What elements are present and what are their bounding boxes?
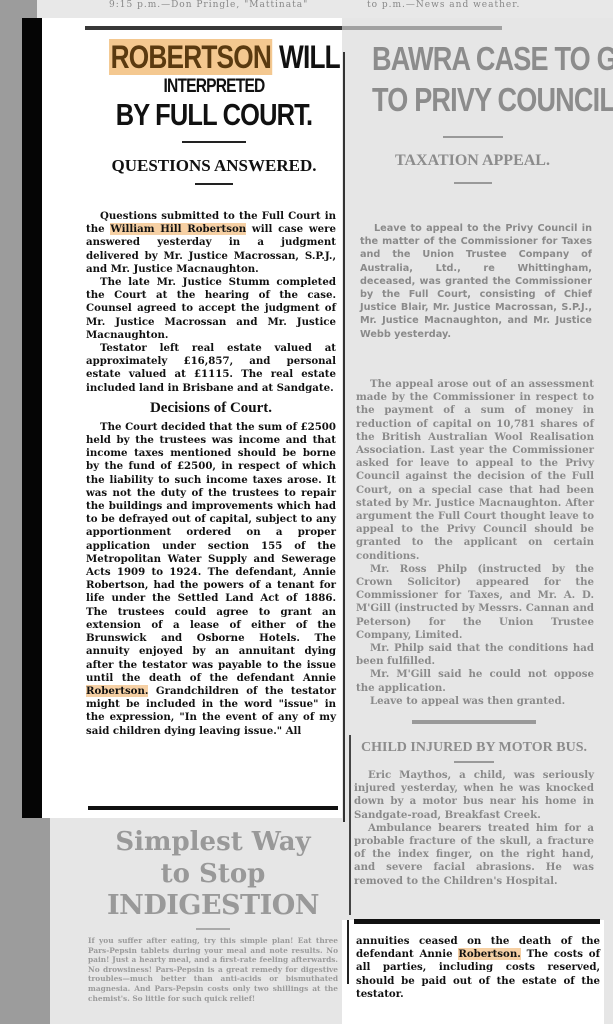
- headline-line2: INTERPRETED: [109, 76, 319, 98]
- radio-listing-left: 9:15 p.m.—Don Pringle, "Mattinata": [109, 0, 308, 10]
- advert-line1: Simplest Way: [88, 826, 338, 858]
- name-highlight: Robertson.: [86, 685, 148, 697]
- paragraph: Leave to appeal was then granted.: [356, 695, 594, 708]
- bus-body: Eric Maythos, a child, was seriously inj…: [354, 769, 594, 888]
- advert-line3: INDIGESTION: [88, 890, 338, 922]
- bawra-article: BAWRA CASE TO GO TO PRIVY COUNCIL. TAXAT…: [350, 38, 595, 184]
- radio-listing-right: to p.m.—News and weather.: [367, 0, 520, 10]
- separator-dash: [196, 928, 230, 930]
- next-column-sliver: [603, 0, 613, 1024]
- paragraph: Leave to appeal to the Privy Council in …: [360, 222, 592, 341]
- bawra-headline-line2: TO PRIVY COUNCIL.: [372, 80, 573, 120]
- article-end-rule: [88, 806, 338, 810]
- paragraph: Mr. M'Gill said he could not oppose the …: [356, 668, 594, 694]
- separator-dash: [454, 761, 494, 763]
- name-highlight: William Hill Robertson: [110, 223, 246, 235]
- paragraph: Mr. Philp said that the conditions had b…: [356, 642, 594, 668]
- indigestion-advert: Simplest Way to Stop INDIGESTION If you …: [88, 826, 338, 1003]
- advert-line2: to Stop: [88, 858, 338, 890]
- robertson-body: Questions submitted to the Full Court in…: [86, 210, 336, 738]
- separator-dash: [454, 182, 492, 184]
- headline-line3: BY FULL COURT.: [109, 98, 319, 132]
- separator-dash: [443, 136, 503, 138]
- top-column-rule: [85, 26, 342, 30]
- advert-body: If you suffer after eating, try this sim…: [88, 936, 338, 1003]
- headline-line1: ROBERTSON WILL: [109, 38, 319, 76]
- bus-headline: CHILD INJURED BY MOTOR BUS.: [354, 738, 594, 758]
- separator-dash: [195, 183, 233, 185]
- bawra-lead: Leave to appeal to the Privy Council in …: [360, 222, 592, 341]
- paragraph: The late Mr. Justice Stumm completed the…: [86, 276, 336, 342]
- previous-column-strip: 9:15 p.m.—Don Pringle, "Mattinata" to p.…: [37, 0, 613, 18]
- column-divider: [347, 920, 349, 984]
- subhead: QUESTIONS ANSWERED.: [86, 155, 342, 177]
- paragraph: The Court decided that the sum of £2500 …: [86, 421, 336, 738]
- column-divider: [349, 735, 351, 915]
- article-end-rule: [412, 720, 536, 724]
- headline-will: WILL: [279, 39, 340, 75]
- paragraph: Questions submitted to the Full Court in…: [86, 210, 336, 276]
- column-divider: [343, 52, 345, 822]
- section-head: Decisions of Court.: [86, 397, 336, 419]
- robertson-article: ROBERTSON WILL INTERPRETED BY FULL COURT…: [86, 38, 342, 185]
- headline-highlight: ROBERTSON: [109, 39, 273, 75]
- scan-margin-edge: [22, 18, 42, 818]
- paragraph: Eric Maythos, a child, was seriously inj…: [354, 769, 594, 822]
- bawra-subhead: TAXATION APPEAL.: [350, 150, 595, 172]
- top-column-rule-grey: [342, 26, 502, 30]
- name-highlight: Robertson.: [458, 948, 520, 960]
- bawra-headline-line1: BAWRA CASE TO GO: [372, 38, 573, 80]
- bus-article: CHILD INJURED BY MOTOR BUS. Eric Maythos…: [354, 738, 594, 888]
- continuation-rule: [354, 919, 600, 924]
- paragraph: Mr. Ross Philp (instructed by the Crown …: [356, 563, 594, 642]
- separator-dash: [182, 141, 246, 143]
- bawra-body: The appeal arose out of an assessment ma…: [356, 378, 594, 708]
- paragraph: Ambulance bearers treated him for a prob…: [354, 822, 594, 888]
- paragraph: The appeal arose out of an assessment ma…: [356, 378, 594, 563]
- continuation-text: annuities ceased on the death of the def…: [356, 935, 600, 1001]
- paragraph: Testator left real estate valued at appr…: [86, 342, 336, 395]
